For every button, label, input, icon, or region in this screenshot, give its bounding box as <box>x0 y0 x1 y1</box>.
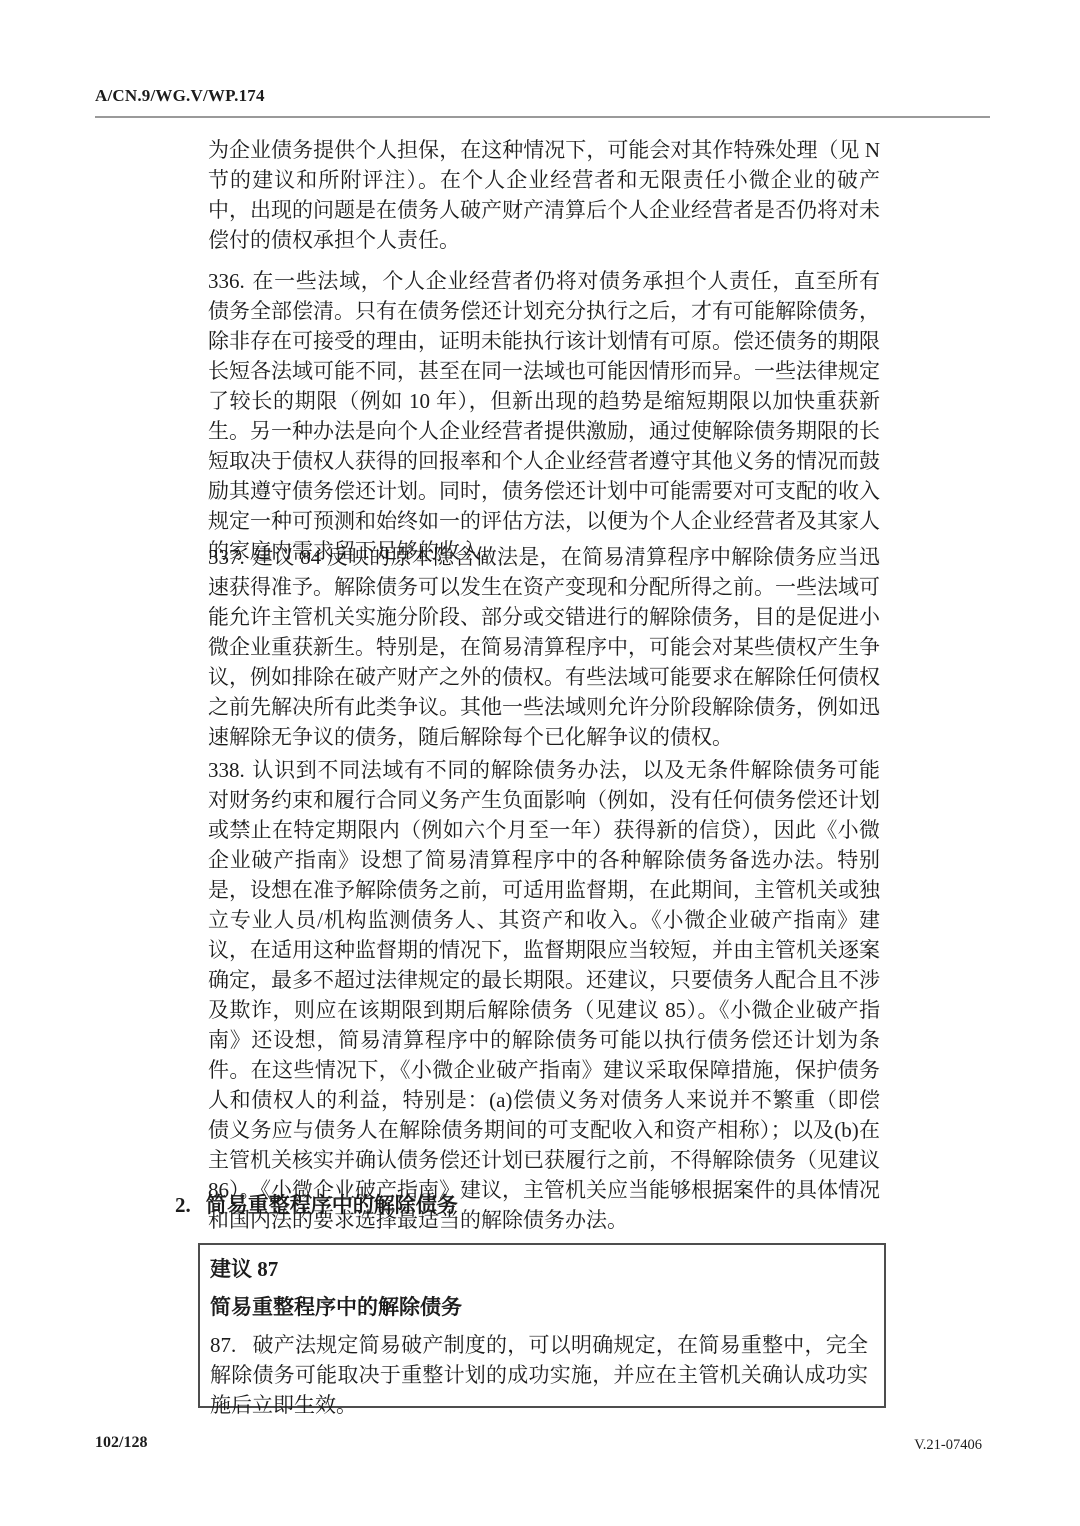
paragraph-text: 认识到不同法域有不同的解除债务办法，以及无条件解除债务可能对财务约束和履行合同义… <box>208 758 880 1232</box>
header-rule <box>95 116 990 118</box>
section-title: 简易重整程序中的解除债务 <box>206 1193 458 1217</box>
footer-page-number: 102/128 <box>95 1434 147 1452</box>
footer-document-code: V.21-07406 <box>914 1437 982 1454</box>
section-number: 2. <box>175 1193 191 1218</box>
paragraph-number: 338. <box>208 758 245 782</box>
paragraph-337: 337.建议 84 反映的原本隐含做法是，在简易清算程序中解除债务应当迅速获得准… <box>208 542 880 752</box>
recommendation-paragraph-number: 87. <box>210 1333 236 1357</box>
paragraph-text: 建议 84 反映的原本隐含做法是，在简易清算程序中解除债务应当迅速获得准予。解除… <box>208 545 880 749</box>
paragraph-336: 336.在一些法域，个人企业经营者仍将对债务承担个人责任，直至所有债务全部偿清。… <box>208 266 880 566</box>
recommendation-box: 建议 87 简易重整程序中的解除债务 87.破产法规定简易破产制度的，可以明确规… <box>198 1243 886 1408</box>
recommendation-paragraph-text: 破产法规定简易破产制度的，可以明确规定，在简易重整中，完全解除债务可能取决于重整… <box>210 1333 868 1417</box>
paragraph-338: 338.认识到不同法域有不同的解除债务办法，以及无条件解除债务可能对财务约束和履… <box>208 755 880 1235</box>
document-symbol: A/CN.9/WG.V/WP.174 <box>95 86 265 106</box>
section-heading: 2.简易重整程序中的解除债务 <box>175 1189 458 1219</box>
paragraph-text: 在一些法域，个人企业经营者仍将对债务承担个人责任，直至所有债务全部偿清。只有在债… <box>208 269 880 563</box>
recommendation-title: 建议 87 <box>210 1254 868 1284</box>
intro-paragraph: 为企业债务提供个人担保，在这种情况下，可能会对其作特殊处理（见 N 节的建议和所… <box>208 135 880 255</box>
document-page: A/CN.9/WG.V/WP.174 为企业债务提供个人担保，在这种情况下，可能… <box>0 0 1080 1526</box>
recommendation-paragraph: 87.破产法规定简易破产制度的，可以明确规定，在简易重整中，完全解除债务可能取决… <box>210 1330 868 1420</box>
paragraph-number: 337. <box>208 545 245 569</box>
paragraph-number: 336. <box>208 269 245 293</box>
recommendation-subtitle: 简易重整程序中的解除债务 <box>210 1292 868 1322</box>
